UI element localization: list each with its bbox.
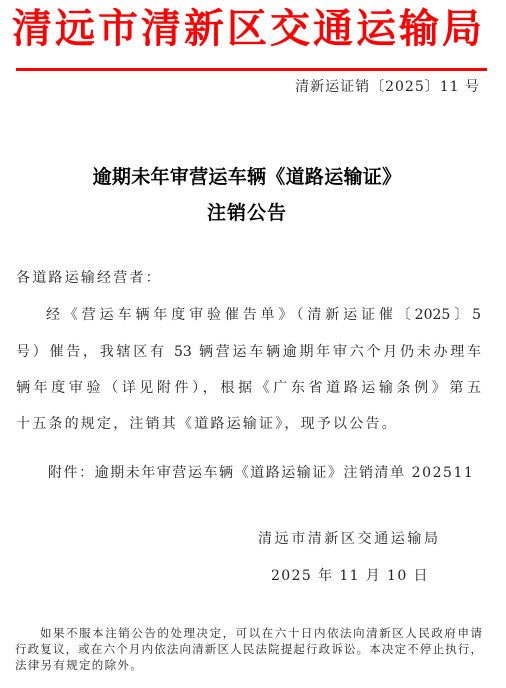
document-title-line-1: 逾期未年审营运车辆《道路运输证》 (2, 164, 492, 190)
document-title-line-2: 注销公告 (2, 200, 492, 226)
signature-date: 2025 年 11 月 10 日 (271, 566, 429, 586)
body-paragraph-line: 经《营运车辆年度审验催告单》（清新运证催〔2025〕5 (46, 305, 481, 325)
document-number: 清新运证销〔2025〕11 号 (295, 77, 480, 97)
legal-notice-line: 如果不服本注销公告的处理决定，可以在六十日内依法向清新区人民政府申请 (40, 625, 482, 641)
letterhead-red-divider (16, 68, 487, 71)
legal-notice-line: 法律另有规定的除外。 (15, 657, 143, 673)
salutation: 各道路运输经营者： (16, 268, 162, 288)
body-paragraph-line: 辆年度审验（详见附件），根据《广东省道路运输条例》第五 (16, 378, 481, 398)
attachment-reference: 附件：逾期未年审营运车辆《道路运输证》注销清单 202511 (48, 463, 474, 483)
body-paragraph-line: 十五条的规定，注销其《道路运输证》，现予以公告。 (16, 414, 481, 434)
legal-notice-line: 行政复议，或在六个月内依法向清新区人民法院提起行政诉讼。本决定不停止执行， (15, 641, 482, 657)
signature-organization: 清远市清新区交通运输局 (258, 529, 441, 549)
agency-letterhead-title: 清远市清新区交通运输局 (12, 5, 482, 53)
body-paragraph-line: 号）催告，我辖区有 53 辆营运车辆逾期年审六个月仍未办理车 (16, 342, 481, 362)
